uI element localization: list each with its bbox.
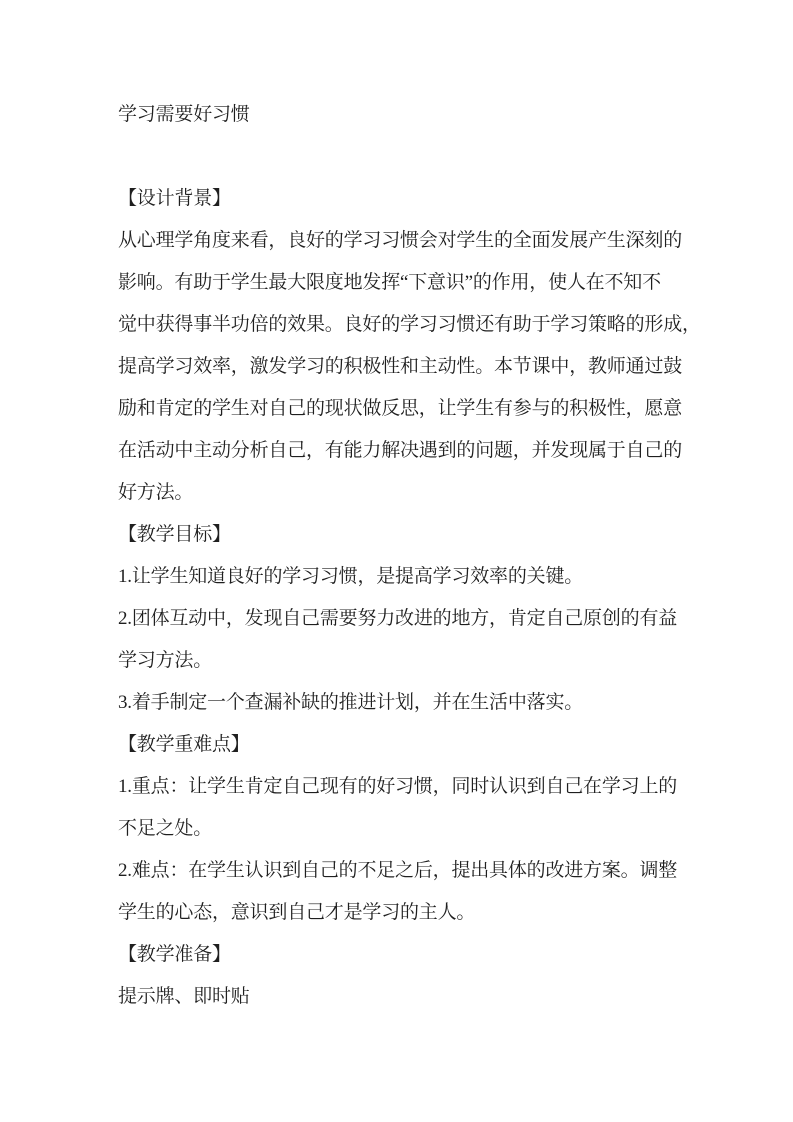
document-title: 学习需要好习惯 <box>118 94 690 136</box>
text-line: 觉中获得事半功倍的效果。良好的学习习惯还有助于学习策略的形成， <box>118 304 690 346</box>
text-line: 励和肯定的学生对自己的现状做反思，让学生有参与的积极性，愿意 <box>118 388 690 430</box>
text-line: 2.难点：在学生认识到自己的不足之后，提出具体的改进方案。调整 <box>118 850 690 892</box>
document-page: 学习需要好习惯【设计背景】从心理学角度来看，良好的学习习惯会对学生的全面发展产生… <box>0 0 793 1122</box>
text-line: 提示牌、即时贴 <box>118 976 690 1018</box>
section-heading: 【教学重难点】 <box>118 724 690 766</box>
text-line: 在活动中主动分析自己，有能力解决遇到的问题，并发现属于自己的 <box>118 430 690 472</box>
text-line: 学习方法。 <box>118 640 690 682</box>
section-heading: 【教学目标】 <box>118 514 690 556</box>
text-line: 1.重点：让学生肯定自己现有的好习惯，同时认识到自己在学习上的 <box>118 766 690 808</box>
text-line: 影响。有助于学生最大限度地发挥“下意识”的作用，使人在不知不 <box>118 262 690 304</box>
blank-line <box>118 136 690 178</box>
text-line: 3.着手制定一个查漏补缺的推进计划，并在生活中落实。 <box>118 682 690 724</box>
text-line: 不足之处。 <box>118 808 690 850</box>
section-heading: 【教学准备】 <box>118 934 690 976</box>
text-line: 2.团体互动中，发现自己需要努力改进的地方，肯定自己原创的有益 <box>118 598 690 640</box>
text-line: 从心理学角度来看，良好的学习习惯会对学生的全面发展产生深刻的 <box>118 220 690 262</box>
document-body: 学习需要好习惯【设计背景】从心理学角度来看，良好的学习习惯会对学生的全面发展产生… <box>118 94 690 1018</box>
text-line: 提高学习效率，激发学习的积极性和主动性。本节课中，教师通过鼓 <box>118 346 690 388</box>
section-heading: 【设计背景】 <box>118 178 690 220</box>
text-line: 学生的心态，意识到自己才是学习的主人。 <box>118 892 690 934</box>
text-line: 好方法。 <box>118 472 690 514</box>
text-line: 1.让学生知道良好的学习习惯，是提高学习效率的关键。 <box>118 556 690 598</box>
